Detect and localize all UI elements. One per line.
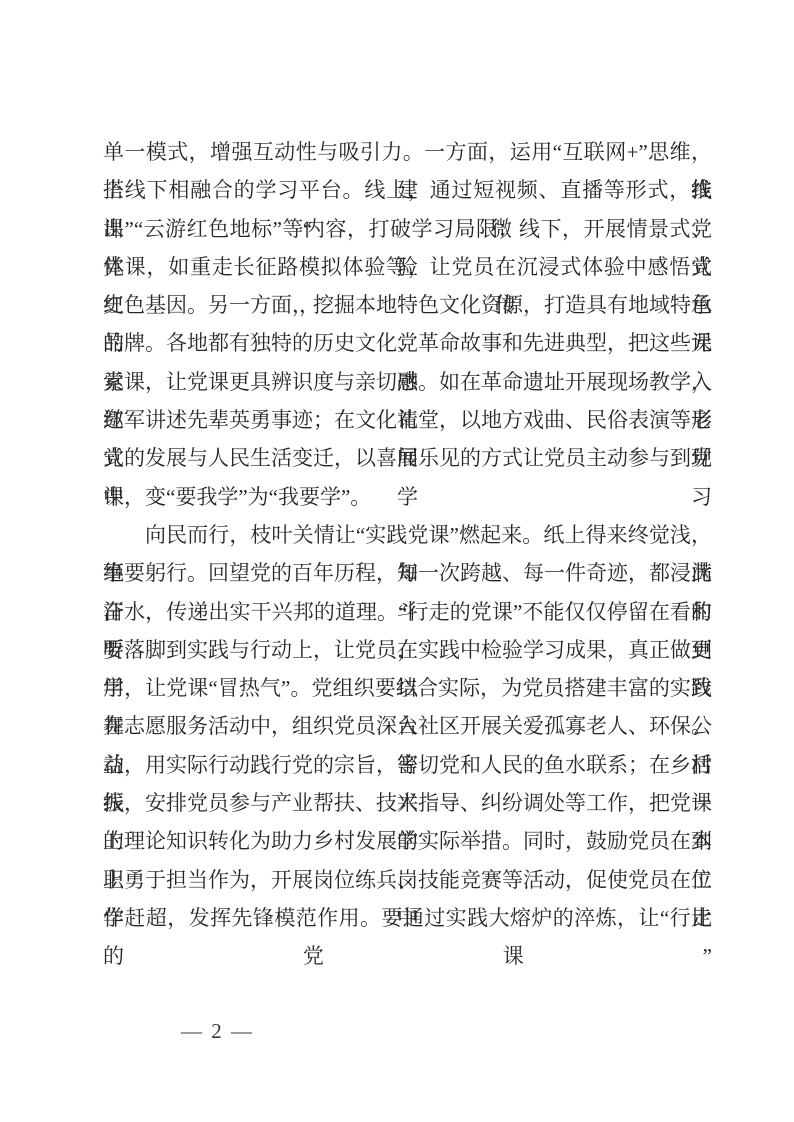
text-line: 的理论知识转化为助力乡村发展的实际举措。同时，鼓励党员在本职岗位 <box>103 822 712 860</box>
text-line: 汗水，传递出实干兴邦的道理。“行走的党课”不能仅仅停留在看和听，更 <box>103 593 712 631</box>
text-line: 党课，让党课更具辨识度与亲切感。如在革命遗址开展现场教学，邀请老 <box>103 363 712 401</box>
text-line: 在志愿服务活动中，组织党员深入社区开展关爱孤寡老人、环保公益等活 <box>103 707 712 745</box>
text-line: 党课，如重走长征路模拟体验等，让党员在沉浸式体验中感悟党史，传承 <box>103 248 712 286</box>
page-number: — 2 — <box>181 1017 254 1045</box>
text-line: 向民而行，枝叶关情让“实践党课”燃起来。纸上得来终觉浅，绝知此 <box>103 516 712 554</box>
text-line: 红军讲述先辈英勇事迹；在文化礼堂，以地方戏曲、民俗表演等形式展现 <box>103 401 712 439</box>
text-line: 线，安排党员参与产业帮扶、技术指导、纠纷调处等工作，把党课上学到 <box>103 784 712 822</box>
paragraph: 单一模式，增强互动性与吸引力。一方面，运用“互联网+”思维，搭建线上线下相融合的… <box>103 133 712 516</box>
text-line: 品牌。各地都有独特的历史文化、革命故事和先进典型，把这些元素融入 <box>103 324 712 362</box>
text-line: 学赶超，发挥先锋模范作用。要通过实践大熔炉的淬炼，让“行走的党课” <box>103 899 712 937</box>
text-line: 单一模式，增强互动性与吸引力。一方面，运用“互联网+”思维，搭建线 <box>103 133 712 171</box>
document-page: 单一模式，增强互动性与吸引力。一方面，运用“互联网+”思维，搭建线上线下相融合的… <box>0 0 794 1122</box>
text-line: 上勇于担当作为，开展岗位练兵、技能竞赛等活动，促使党员在工作中比 <box>103 861 712 899</box>
paragraph: 向民而行，枝叶关情让“实践党课”燃起来。纸上得来终觉浅，绝知此事要躬行。回望党的… <box>103 516 712 937</box>
text-line: 课”“云游红色地标”等内容，打破学习局限；线下，开展情景式、体验式 <box>103 210 712 248</box>
text-line: 事要躬行。回望党的百年历程，每一次跨越、每一件奇迹，都浸满奋斗的 <box>103 554 712 592</box>
text-line: 党的发展与人民生活变迁，以喜闻乐见的方式让党员主动参与到党课学习 <box>103 439 712 477</box>
text-line: 红色基因。另一方面，挖掘本地特色文化资源，打造具有地域特色的党课 <box>103 286 712 324</box>
text-line: 上线下相融合的学习平台。线上，通过短视频、直播等形式，推出“微党 <box>103 171 712 209</box>
text-line: 用，让党课“冒热气”。党组织要结合实际，为党员搭建丰富的实践舞台。 <box>103 669 712 707</box>
text-line: 要落脚到实践与行动上，让党员在实践中检验学习成果，真正做到学以致 <box>103 631 712 669</box>
document-body: 单一模式，增强互动性与吸引力。一方面，运用“互联网+”思维，搭建线上线下相融合的… <box>103 133 712 937</box>
text-line: 动，用实际行动践行党的宗旨，密切党和人民的鱼水联系；在乡村振兴一 <box>103 746 712 784</box>
